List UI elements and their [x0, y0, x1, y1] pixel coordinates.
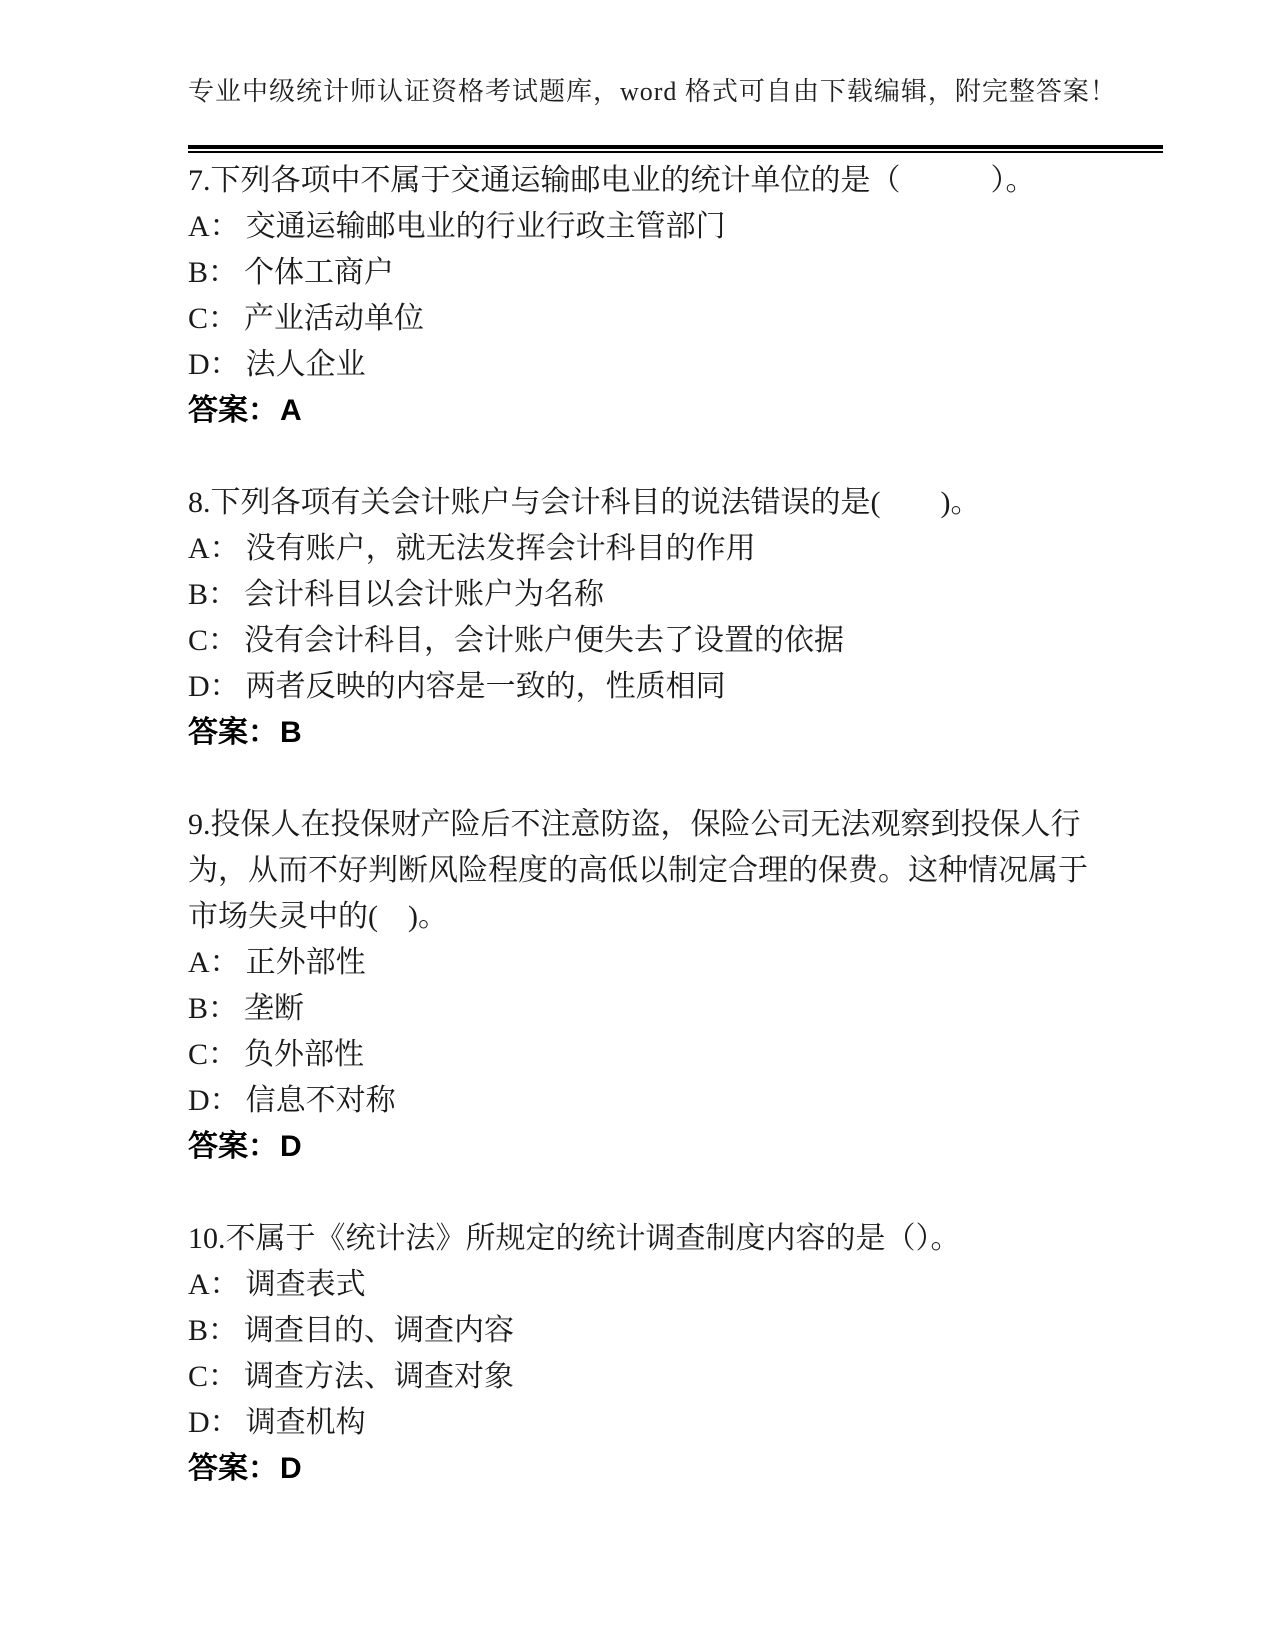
option-d-label: D： — [188, 1084, 240, 1117]
option-c-label: C： — [188, 1360, 238, 1393]
option-a: A：交通运输邮电业的行业行政主管部门 — [188, 204, 1100, 250]
option-b-label: B： — [188, 578, 238, 611]
option-c-text: 产业活动单位 — [244, 302, 424, 335]
option-a-text: 正外部性 — [246, 946, 366, 979]
option-a-text: 交通运输邮电业的行业行政主管部门 — [246, 210, 726, 243]
option-c-text: 没有会计科目，会计账户便失去了设置的依据 — [244, 624, 844, 657]
question-stem: 9.投保人在投保财产险后不注意防盗，保险公司无法观察到投保人行为，从而不好判断风… — [188, 802, 1100, 940]
option-c-text: 调查方法、调查对象 — [244, 1360, 514, 1393]
option-b-text: 会计科目以会计账户为名称 — [244, 578, 604, 611]
option-a-text: 没有账户，就无法发挥会计科目的作用 — [246, 532, 756, 565]
option-b-label: B： — [188, 992, 238, 1025]
option-c: C：产业活动单位 — [188, 296, 1100, 342]
option-d-text: 调查机构 — [246, 1406, 366, 1439]
answer-label: 答案： — [188, 716, 278, 749]
question-9: 9.投保人在投保财产险后不注意防盗，保险公司无法观察到投保人行为，从而不好判断风… — [188, 802, 1100, 1170]
question-8: 8.下列各项有关会计账户与会计科目的说法错误的是( )。 A：没有账户，就无法发… — [188, 480, 1100, 756]
option-c: C：负外部性 — [188, 1032, 1100, 1078]
answer-label: 答案： — [188, 1452, 278, 1485]
option-d-text: 法人企业 — [246, 348, 366, 381]
option-a: A：调查表式 — [188, 1262, 1100, 1308]
divider-line — [188, 145, 1163, 153]
answer-value: D — [280, 1452, 302, 1485]
option-d-label: D： — [188, 348, 240, 381]
question-stem: 7.下列各项中不属于交通运输邮电业的统计单位的是（ ）。 — [188, 158, 1100, 204]
option-d-text: 信息不对称 — [246, 1084, 396, 1117]
answer-value: B — [280, 716, 302, 749]
option-d: D：法人企业 — [188, 342, 1100, 388]
question-stem: 8.下列各项有关会计账户与会计科目的说法错误的是( )。 — [188, 480, 1100, 526]
option-d-text: 两者反映的内容是一致的，性质相同 — [246, 670, 726, 703]
option-a-text: 调查表式 — [246, 1268, 366, 1301]
answer-label: 答案： — [188, 1130, 278, 1163]
answer-line: 答案：D — [188, 1124, 1100, 1170]
option-b-label: B： — [188, 256, 238, 289]
option-b-text: 垄断 — [244, 992, 304, 1025]
option-b-text: 调查目的、调查内容 — [244, 1314, 514, 1347]
answer-line: 答案：D — [188, 1446, 1100, 1492]
option-d: D：信息不对称 — [188, 1078, 1100, 1124]
question-7: 7.下列各项中不属于交通运输邮电业的统计单位的是（ ）。 A：交通运输邮电业的行… — [188, 158, 1100, 434]
option-b-label: B： — [188, 1314, 238, 1347]
question-stem: 10.不属于《统计法》所规定的统计调查制度内容的是（）。 — [188, 1216, 1100, 1262]
option-c-label: C： — [188, 302, 238, 335]
option-c-label: C： — [188, 624, 238, 657]
option-a-label: A： — [188, 532, 240, 565]
option-c: C：调查方法、调查对象 — [188, 1354, 1100, 1400]
answer-line: 答案：A — [188, 388, 1100, 434]
option-d: D：调查机构 — [188, 1400, 1100, 1446]
answer-value: A — [280, 394, 302, 427]
option-c: C：没有会计科目，会计账户便失去了设置的依据 — [188, 618, 1100, 664]
option-c-label: C： — [188, 1038, 238, 1071]
option-b: B：调查目的、调查内容 — [188, 1308, 1100, 1354]
option-c-text: 负外部性 — [244, 1038, 364, 1071]
option-a: A：正外部性 — [188, 940, 1100, 986]
page-header: 专业中级统计师认证资格考试题库，word 格式可自由下载编辑，附完整答案！ — [188, 76, 1163, 108]
answer-line: 答案：B — [188, 710, 1100, 756]
option-b-text: 个体工商户 — [244, 256, 394, 289]
option-b: B：个体工商户 — [188, 250, 1100, 296]
option-d-label: D： — [188, 1406, 240, 1439]
option-a-label: A： — [188, 1268, 240, 1301]
option-b: B：会计科目以会计账户为名称 — [188, 572, 1100, 618]
option-a-label: A： — [188, 210, 240, 243]
option-a-label: A： — [188, 946, 240, 979]
answer-label: 答案： — [188, 394, 278, 427]
option-d: D：两者反映的内容是一致的，性质相同 — [188, 664, 1100, 710]
option-a: A：没有账户，就无法发挥会计科目的作用 — [188, 526, 1100, 572]
questions-list: 7.下列各项中不属于交通运输邮电业的统计单位的是（ ）。 A：交通运输邮电业的行… — [188, 158, 1100, 1538]
option-d-label: D： — [188, 670, 240, 703]
option-b: B：垄断 — [188, 986, 1100, 1032]
question-10: 10.不属于《统计法》所规定的统计调查制度内容的是（）。 A：调查表式 B：调查… — [188, 1216, 1100, 1492]
document-page: 专业中级统计师认证资格考试题库，word 格式可自由下载编辑，附完整答案！ 7.… — [0, 0, 1275, 1650]
answer-value: D — [280, 1130, 302, 1163]
